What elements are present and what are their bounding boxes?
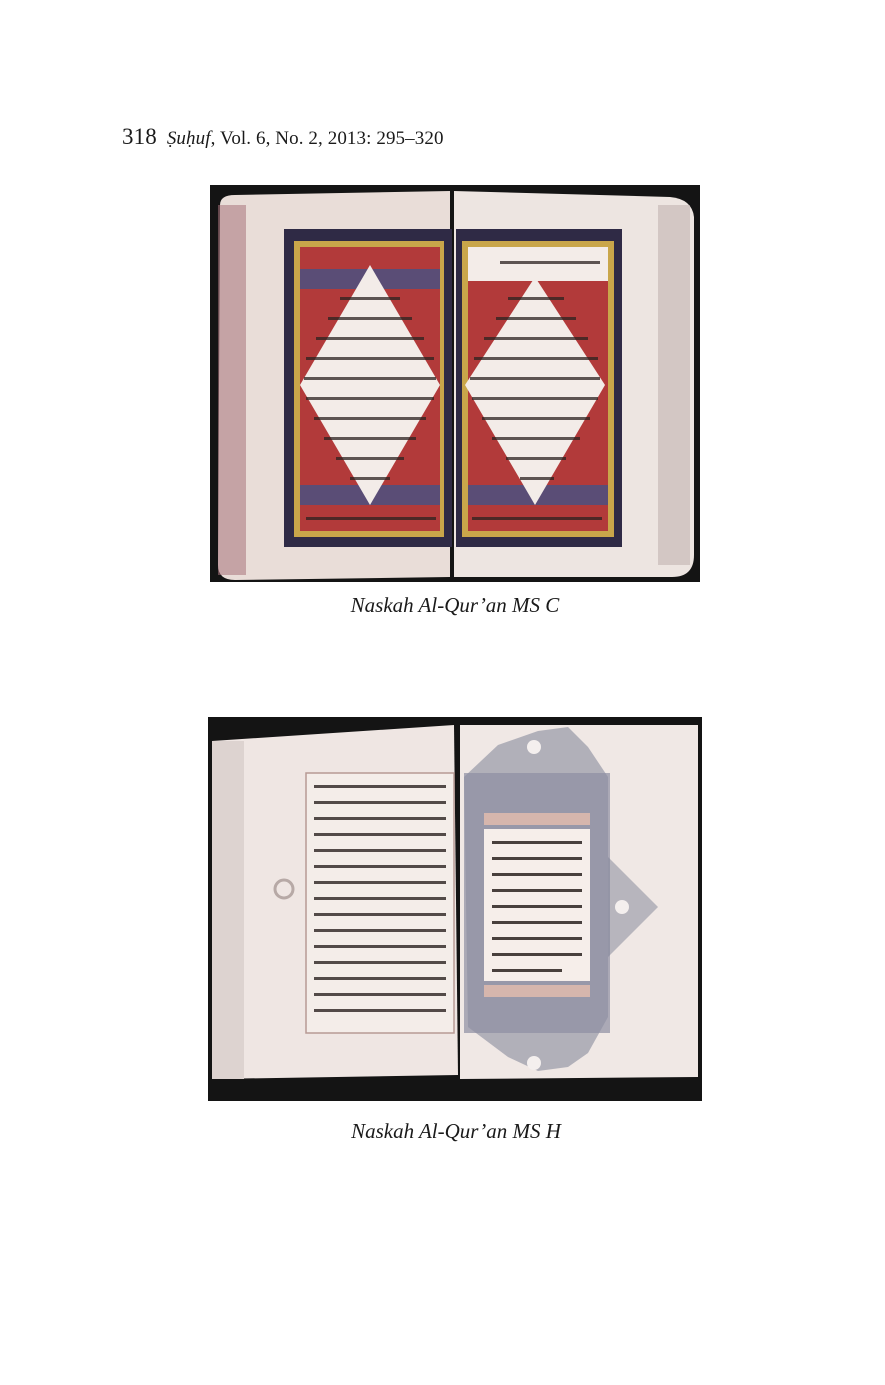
journal-citation: , Vol. 6, No. 2, 2013: 295–320 bbox=[211, 128, 444, 149]
figure-caption-ms-c: Naskah Al-Qur’an MS C bbox=[255, 593, 655, 618]
manuscript-illustration bbox=[208, 717, 702, 1101]
page-number: 318 bbox=[122, 124, 157, 149]
manuscript-illustration bbox=[210, 185, 700, 582]
manuscript-photo-ms-c bbox=[210, 185, 700, 582]
manuscript-photo-ms-h bbox=[208, 717, 702, 1101]
figure-caption-ms-h: Naskah Al-Qur’an MS H bbox=[256, 1119, 656, 1144]
journal-title: Ṣuḥuf bbox=[167, 128, 211, 149]
running-head: 318Ṣuḥuf, Vol. 6, No. 2, 2013: 295–320 bbox=[122, 124, 444, 150]
